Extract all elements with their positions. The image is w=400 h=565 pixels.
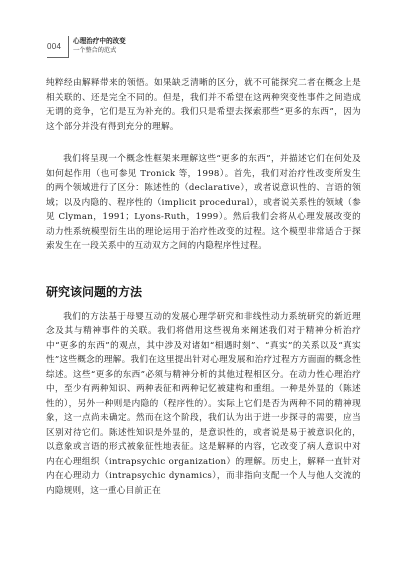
paragraph: 我们的方法基于母婴互动的发展心理学研究和非线性动力系统研究的新近理念及其与精神事… [46, 310, 361, 499]
header-divider [68, 36, 69, 58]
section-heading: 研究该问题的方法 [46, 284, 361, 300]
header-underline [47, 57, 69, 58]
paragraph-continued: 纯粹经由解释带来的领悟。如果缺乏清晰的区分，就不可能探究二者在概念上是相关联的、… [46, 76, 361, 134]
book-title: 心理治疗中的改变 [73, 36, 126, 46]
page-body: 纯粹经由解释带来的领悟。如果缺乏清晰的区分，就不可能探究二者在概念上是相关联的、… [46, 76, 361, 498]
header-titles: 心理治疗中的改变 一个整合的范式 [73, 36, 126, 56]
page-number: 004 [47, 42, 65, 51]
paragraph: 我们将呈现一个概念性框架来理解这些“更多的东西”，并描述它们在何处及如何起作用（… [46, 152, 361, 254]
book-subtitle: 一个整合的范式 [73, 46, 126, 56]
